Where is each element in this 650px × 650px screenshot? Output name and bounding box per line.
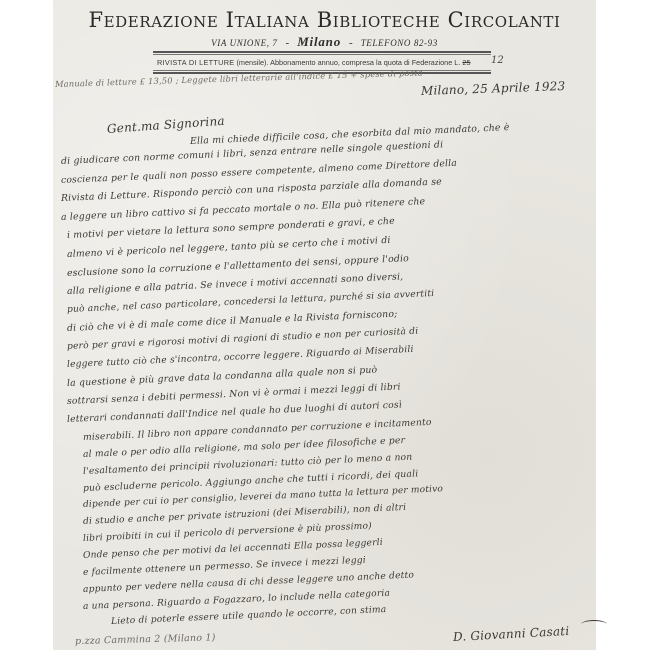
letter-paper: Federazione Italiana Biblioteche Circola…: [53, 0, 596, 650]
subscription-price-struck: 25: [462, 58, 470, 67]
address-separator: -: [286, 37, 290, 49]
subscription-text: (mensile). Abbonamento annuo, compresa l…: [236, 58, 460, 67]
letterhead-rule-top: [153, 51, 491, 53]
address-city: Milano: [297, 34, 341, 49]
subscription-price-handwritten: 12: [491, 55, 504, 66]
letterhead-address: Via Unione, 7 - Milano - Telefono 82-93: [53, 33, 596, 51]
letterhead-rule-top-thin: [153, 54, 491, 55]
signature: D. Giovanni Casati: [453, 624, 570, 644]
address-separator: -: [349, 37, 353, 49]
letterhead-organization: Federazione Italiana Biblioteche Circola…: [53, 8, 596, 32]
salutation: Gent.ma Signorina: [107, 114, 226, 136]
date-line: Milano, 25 Aprile 1923: [421, 79, 566, 98]
subscription-title: RIVISTA DI LETTURE: [157, 58, 234, 67]
address-phone: Telefono 82-93: [361, 38, 438, 48]
margin-note-bottom: p.zza Cammina 2 (Milano 1): [75, 632, 216, 647]
signature-flourish: [581, 620, 607, 629]
subscription-line: RIVISTA DI LETTURE (mensile). Abbonament…: [157, 58, 471, 67]
address-street: Via Unione, 7: [211, 38, 277, 48]
